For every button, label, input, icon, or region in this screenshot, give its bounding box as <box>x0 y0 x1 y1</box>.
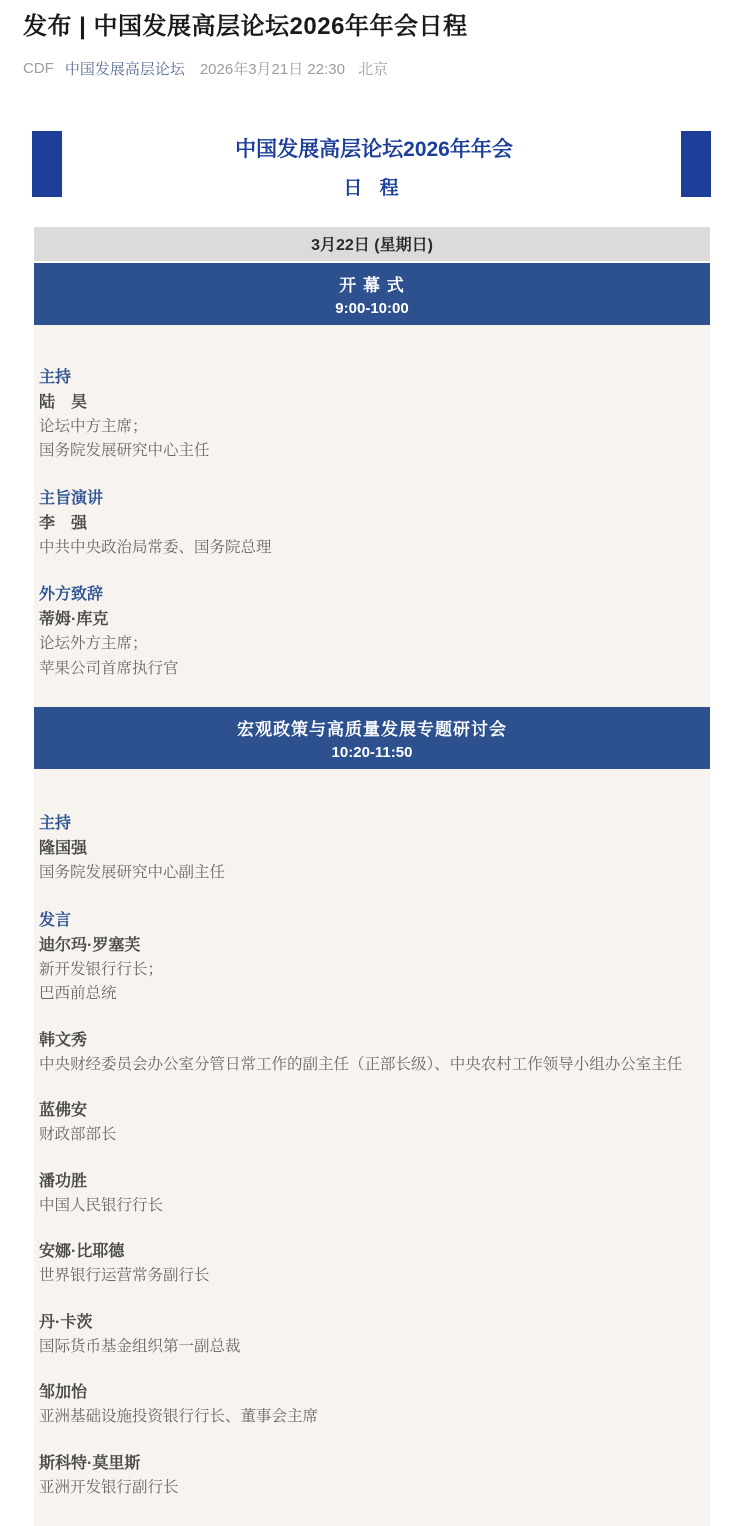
person-name: 潘功胜 <box>39 1169 702 1194</box>
person-role: 巴西前总统 <box>39 982 702 1007</box>
poster-title: 中国发展高层论坛2026年年会 <box>0 138 748 161</box>
article-head: 发布 | 中国发展高层论坛2026年年会日程 CDF 中国发展高层论坛 2026… <box>0 0 748 79</box>
person-role: 亚洲开发银行副行长 <box>39 1476 702 1501</box>
person-role: 国际货币基金组织第一副总裁 <box>39 1335 702 1360</box>
person-role: 新开发银行行长； <box>39 958 702 983</box>
person: 蒂姆·库克 论坛外方主席； 苹果公司首席执行官 <box>39 607 702 681</box>
person-name: 蒂姆·库克 <box>39 607 702 632</box>
location-label: 北京 <box>358 58 388 79</box>
person: 迪尔玛·罗塞芙 新开发银行行长； 巴西前总统 <box>39 933 702 1007</box>
person-name: 陆 昊 <box>39 390 702 415</box>
person: 蓝佛安 财政部部长 <box>39 1098 702 1148</box>
date-header-bar: 3月22日 (星期日) <box>34 227 710 263</box>
person: 潘功胜 中国人民银行行长 <box>39 1169 702 1219</box>
group-label: 主持 <box>39 811 702 836</box>
group-speakers: 发言 迪尔玛·罗塞芙 新开发银行行长； 巴西前总统 韩文秀 中央财经委员会办公室… <box>39 908 702 1501</box>
person-role: 国务院发展研究中心主任 <box>39 439 702 464</box>
group-label: 主持 <box>39 365 702 390</box>
person-name: 韩文秀 <box>39 1028 702 1053</box>
session-bar-macro-policy: 宏观政策与高质量发展专题研讨会 10:20-11:50 <box>34 707 710 769</box>
person-role: 国务院发展研究中心副主任 <box>39 861 702 886</box>
account-link[interactable]: 中国发展高层论坛 <box>65 58 185 79</box>
person-role: 财政部部长 <box>39 1123 702 1148</box>
source-label: CDF <box>23 60 54 77</box>
poster-body: 3月22日 (星期日) 开 幕 式 9:00-10:00 主持 陆 昊 论坛中方… <box>34 227 710 1526</box>
group-host: 主持 陆 昊 论坛中方主席； 国务院发展研究中心主任 <box>39 365 702 464</box>
session-time: 10:20-11:50 <box>332 744 413 761</box>
publish-datetime: 2026年3月21日 22:30 <box>200 58 345 79</box>
person: 李 强 中共中央政治局常委、国务院总理 <box>39 511 702 561</box>
person-name: 邹加怡 <box>39 1380 702 1405</box>
person-name: 隆国强 <box>39 836 702 861</box>
person-name: 迪尔玛·罗塞芙 <box>39 933 702 958</box>
session-title: 开 幕 式 <box>339 271 404 296</box>
person: 丹·卡茨 国际货币基金组织第一副总裁 <box>39 1310 702 1360</box>
byline: CDF 中国发展高层论坛 2026年3月21日 22:30 北京 <box>23 58 725 79</box>
person: 邹加怡 亚洲基础设施投资银行行长、董事会主席 <box>39 1380 702 1430</box>
group-label: 发言 <box>39 908 702 933</box>
person-role: 亚洲基础设施投资银行行长、董事会主席 <box>39 1405 702 1430</box>
group-label: 外方致辞 <box>39 582 702 607</box>
group-host: 主持 隆国强 国务院发展研究中心副主任 <box>39 811 702 886</box>
person: 安娜·比耶德 世界银行运营常务副行长 <box>39 1239 702 1289</box>
poster-header: 中国发展高层论坛2026年年会 日 程 <box>0 112 748 227</box>
person-role: 中国人民银行行长 <box>39 1194 702 1219</box>
person-role: 中央财经委员会办公室分管日常工作的副主任（正部长级）、中央农村工作领导小组办公室… <box>39 1053 702 1078</box>
person-role: 论坛中方主席； <box>39 415 702 440</box>
session-content-opening: 主持 陆 昊 论坛中方主席； 国务院发展研究中心主任 主旨演讲 李 强 中共中央… <box>34 325 710 708</box>
person-role: 苹果公司首席执行官 <box>39 657 702 682</box>
person-role: 论坛外方主席； <box>39 632 702 657</box>
article-title: 发布 | 中国发展高层论坛2026年年会日程 <box>23 11 725 43</box>
person: 陆 昊 论坛中方主席； 国务院发展研究中心主任 <box>39 390 702 464</box>
session-bar-opening: 开 幕 式 9:00-10:00 <box>34 263 710 325</box>
session-time: 9:00-10:00 <box>335 300 408 317</box>
person-name: 李 强 <box>39 511 702 536</box>
article-page: 发布 | 中国发展高层论坛2026年年会日程 CDF 中国发展高层论坛 2026… <box>0 0 748 1526</box>
session-title: 宏观政策与高质量发展专题研讨会 <box>237 715 507 740</box>
group-keynote: 主旨演讲 李 强 中共中央政治局常委、国务院总理 <box>39 486 702 561</box>
poster-subtitle: 日 程 <box>0 173 748 200</box>
person: 斯科特·莫里斯 亚洲开发银行副行长 <box>39 1451 702 1501</box>
left-accent-square <box>32 131 62 197</box>
group-foreign-address: 外方致辞 蒂姆·库克 论坛外方主席； 苹果公司首席执行官 <box>39 582 702 681</box>
person: 隆国强 国务院发展研究中心副主任 <box>39 836 702 886</box>
person-name: 蓝佛安 <box>39 1098 702 1123</box>
person: 韩文秀 中央财经委员会办公室分管日常工作的副主任（正部长级）、中央农村工作领导小… <box>39 1028 702 1078</box>
person-role: 世界银行运营常务副行长 <box>39 1264 702 1289</box>
person-name: 斯科特·莫里斯 <box>39 1451 702 1476</box>
person-name: 安娜·比耶德 <box>39 1239 702 1264</box>
person-role: 中共中央政治局常委、国务院总理 <box>39 536 702 561</box>
group-label: 主旨演讲 <box>39 486 702 511</box>
person-name: 丹·卡茨 <box>39 1310 702 1335</box>
session-content-macro-policy: 主持 隆国强 国务院发展研究中心副主任 发言 迪尔玛·罗塞芙 新开发银行行长； … <box>34 769 710 1526</box>
right-accent-square <box>681 131 711 197</box>
